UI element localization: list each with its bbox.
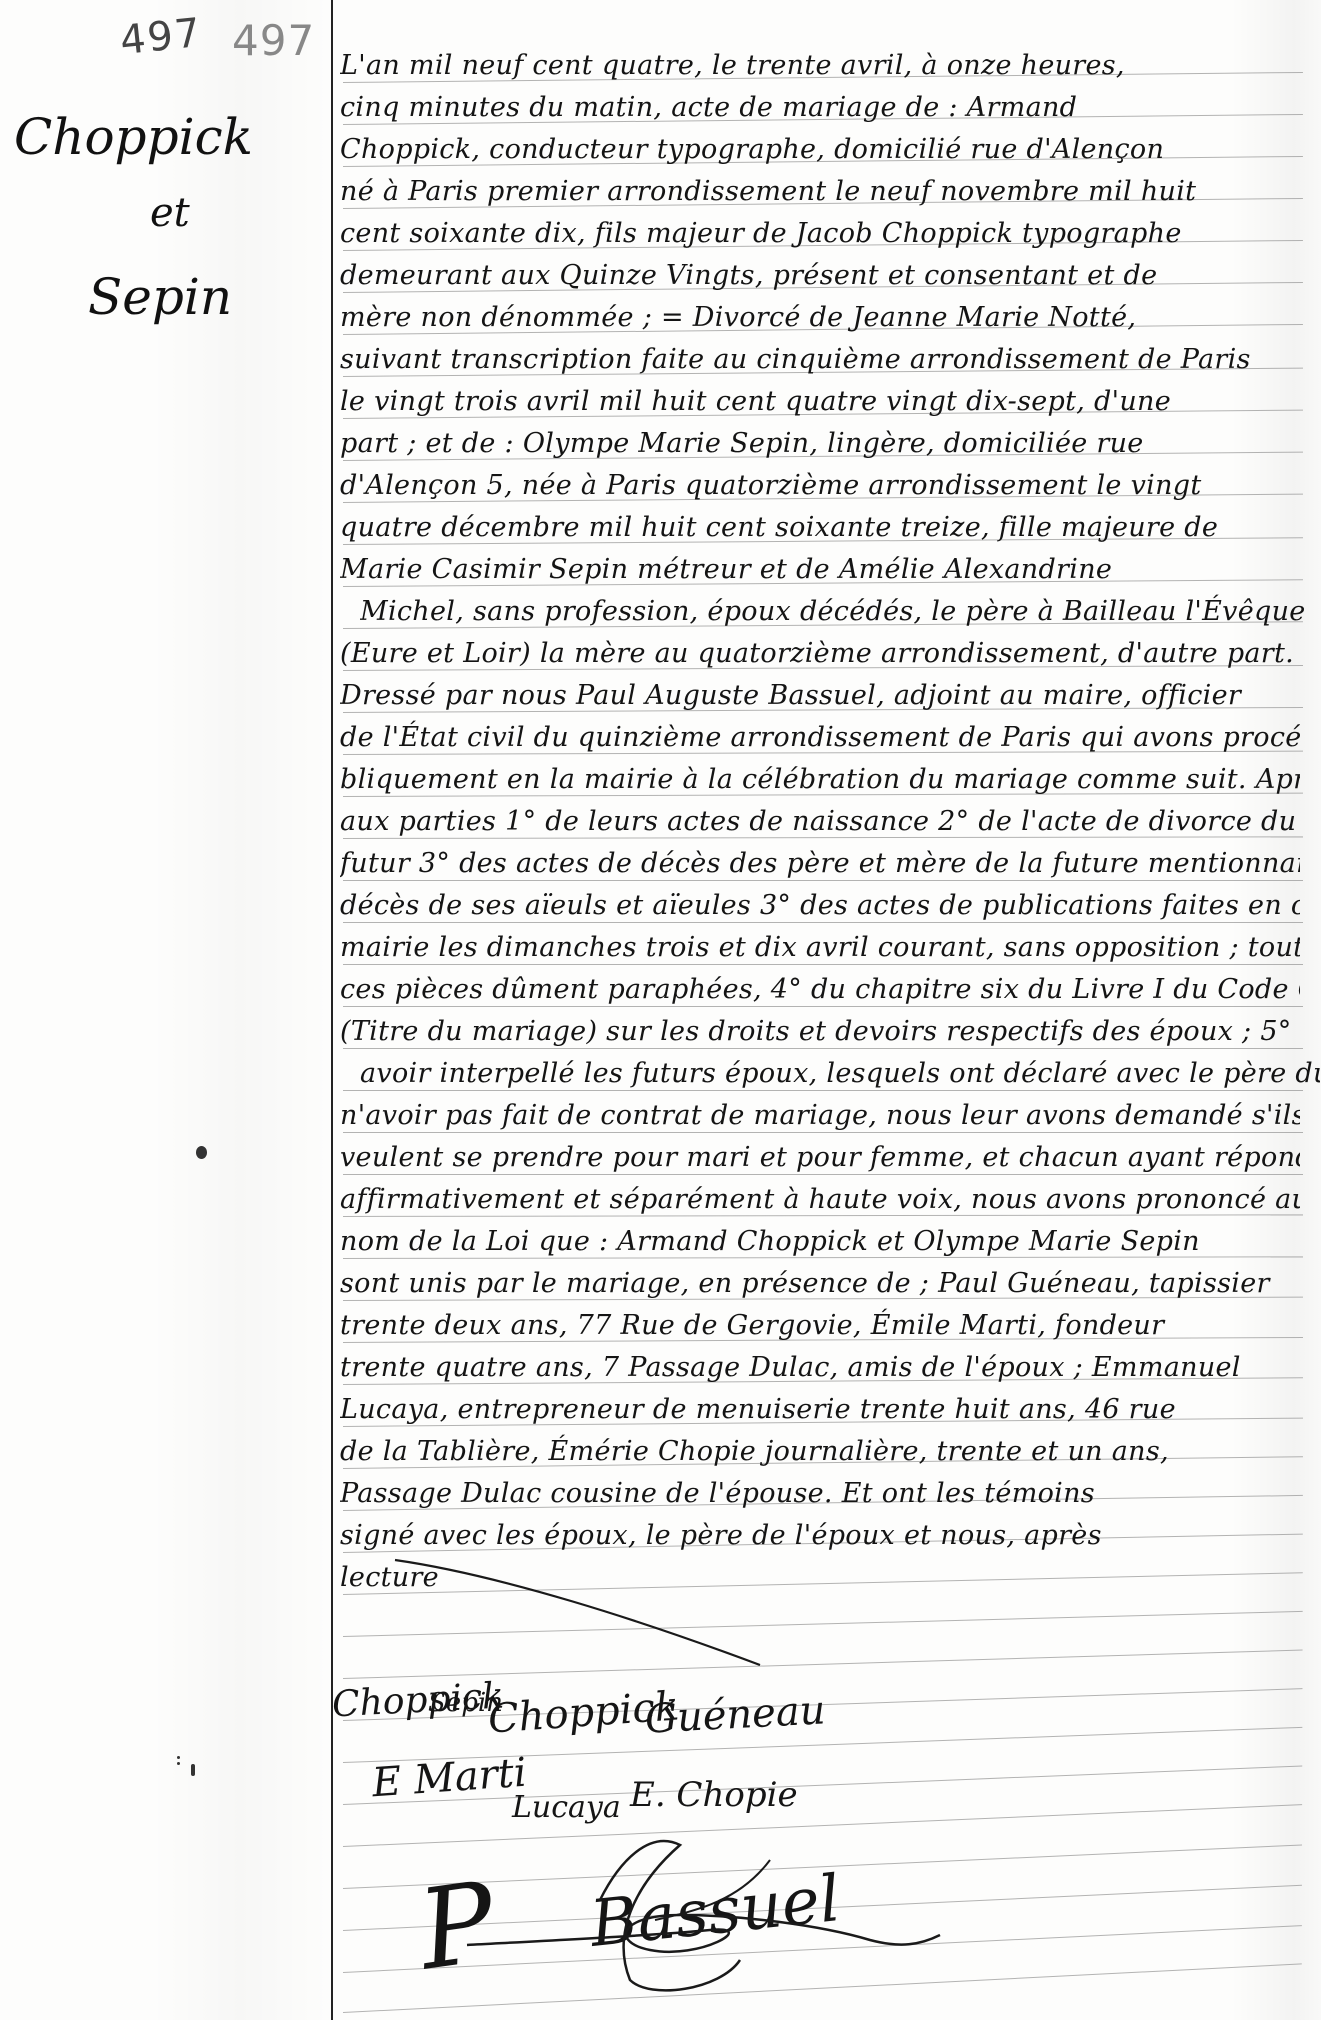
text-line: Marie Casimir Sepin métreur et de Amélie… xyxy=(340,548,1300,592)
text-line: décès de ses aïeuls et aïeules 3° des ac… xyxy=(340,884,1300,928)
text-line: Michel, sans profession, époux décédés, … xyxy=(360,590,1320,634)
text-line: n'avoir pas fait de contrat de mariage, … xyxy=(340,1094,1300,1138)
text-line: futur 3° des actes de décès des père et … xyxy=(340,842,1300,886)
text-line: affirmativement et séparément à haute vo… xyxy=(340,1178,1300,1222)
text-line: avoir interpellé les futurs époux, lesqu… xyxy=(360,1052,1320,1096)
ink-mark xyxy=(191,1764,195,1776)
text-line: (Eure et Loir) la mère au quatorzième ar… xyxy=(340,632,1300,676)
text-line: Lucaya, entrepreneur de menuiserie trent… xyxy=(340,1388,1300,1432)
text-line: né à Paris premier arrondissement le neu… xyxy=(340,170,1300,214)
text-line: trente deux ans, 77 Rue de Gergovie, Émi… xyxy=(340,1304,1300,1348)
signature-witness-gueneau: Guéneau xyxy=(644,1687,827,1742)
text-line: cent soixante dix, fils majeur de Jacob … xyxy=(340,212,1300,256)
ink-blot xyxy=(196,1146,207,1159)
record-number: 497 xyxy=(118,10,205,64)
text-line: de la Tablière, Émérie Chopie journalièr… xyxy=(340,1430,1300,1474)
text-line: mère non dénommée ; = Divorcé de Jeanne … xyxy=(340,296,1300,340)
text-line: bliquement en la mairie à la célébration… xyxy=(340,758,1300,802)
text-line: (Titre du mariage) sur les droits et dev… xyxy=(340,1010,1300,1054)
document-page: 497 497 Choppick et Sepin xyxy=(0,0,1321,2020)
margin-name-bride: Sepin xyxy=(88,268,232,326)
text-line: nom de la Loi que : Armand Choppick et O… xyxy=(340,1220,1300,1264)
text-line: demeurant aux Quinze Vingts, présent et … xyxy=(340,254,1300,298)
text-line: Choppick, conducteur typographe, domicil… xyxy=(340,128,1300,172)
ink-speck xyxy=(177,1762,180,1765)
left-margin: 497 497 Choppick et Sepin xyxy=(0,0,330,2020)
text-line: trente quatre ans, 7 Passage Dulac, amis… xyxy=(340,1346,1300,1390)
text-line: de l'État civil du quinzième arrondissem… xyxy=(340,716,1300,760)
signature-witness-chopie: E. Chopie xyxy=(630,1775,798,1815)
text-line: signé avec les époux, le père de l'époux… xyxy=(340,1514,1300,1558)
text-line: aux parties 1° de leurs actes de naissan… xyxy=(340,800,1300,844)
text-line: sont unis par le mariage, en présence de… xyxy=(340,1262,1300,1306)
text-line: Passage Dulac cousine de l'épouse. Et on… xyxy=(340,1472,1300,1516)
text-line: L'an mil neuf cent quatre, le trente avr… xyxy=(340,44,1300,88)
text-line: mairie les dimanches trois et dix avril … xyxy=(340,926,1300,970)
margin-name-conjunction: et xyxy=(150,190,190,236)
text-line: ces pièces dûment paraphées, 4° du chapi… xyxy=(340,968,1300,1012)
text-line: part ; et de : Olympe Marie Sepin, lingè… xyxy=(340,422,1300,466)
ink-speck xyxy=(177,1756,180,1759)
text-line: d'Alençon 5, née à Paris quatorzième arr… xyxy=(340,464,1300,508)
text-line: Dressé par nous Paul Auguste Bassuel, ad… xyxy=(340,674,1300,718)
text-line: lecture xyxy=(340,1556,1300,1600)
signature-witness-lucaya: Lucaya xyxy=(512,1790,621,1825)
text-line: le vingt trois avril mil huit cent quatr… xyxy=(340,380,1300,424)
record-number-repeat: 497 xyxy=(232,16,315,65)
text-line: veulent se prendre pour mari et pour fem… xyxy=(340,1136,1300,1180)
text-line: quatre décembre mil huit cent soixante t… xyxy=(340,506,1300,550)
text-line: suivant transcription faite au cinquième… xyxy=(340,338,1300,382)
text-line: cinq minutes du matin, acte de mariage d… xyxy=(340,86,1300,130)
margin-name-groom: Choppick xyxy=(14,108,253,166)
